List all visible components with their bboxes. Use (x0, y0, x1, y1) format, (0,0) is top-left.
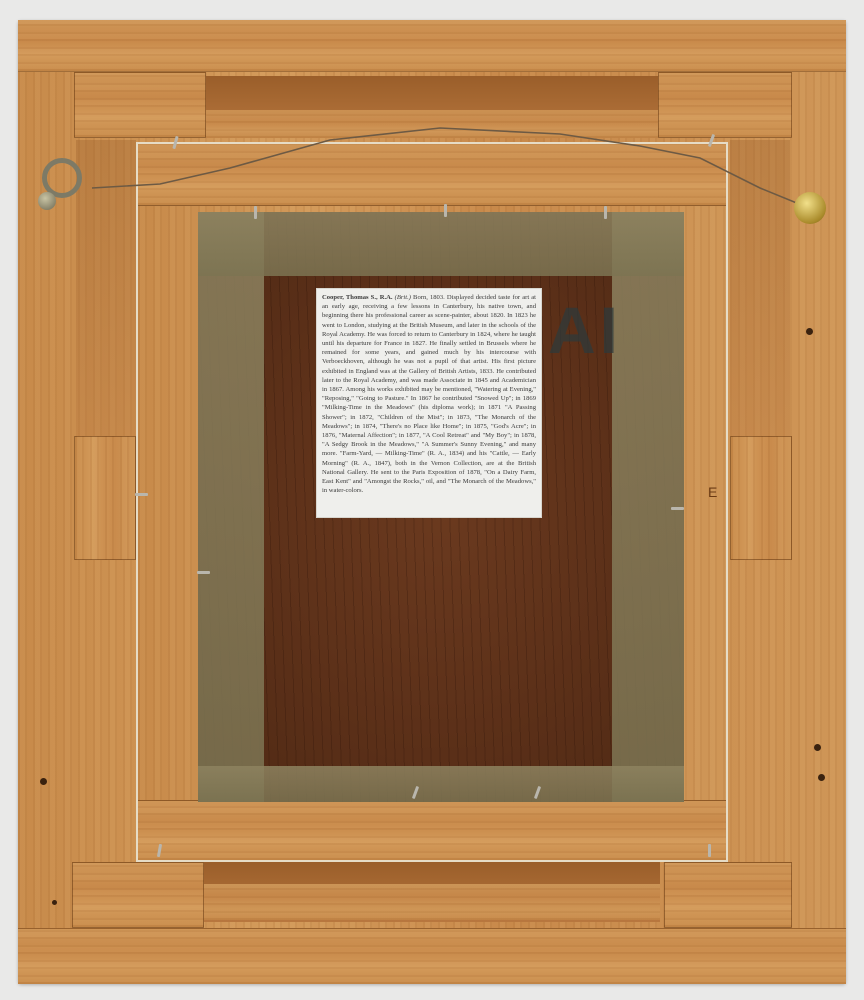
nail-icon (444, 204, 447, 217)
nail-icon (135, 493, 148, 496)
scribed-frame-mark: E (708, 484, 717, 500)
worm-hole (814, 744, 821, 751)
brass-screw-eye-icon (794, 192, 826, 224)
nail-icon (671, 507, 684, 510)
worm-hole (40, 778, 47, 785)
hanging-wire (0, 0, 864, 1000)
ring-hanger-mount-icon (38, 192, 56, 210)
worm-hole (806, 328, 813, 335)
nail-icon (708, 844, 711, 857)
worm-hole (52, 900, 57, 905)
nail-icon (197, 571, 210, 574)
nail-icon (604, 206, 607, 219)
nail-icon (254, 206, 257, 219)
worm-hole (818, 774, 825, 781)
